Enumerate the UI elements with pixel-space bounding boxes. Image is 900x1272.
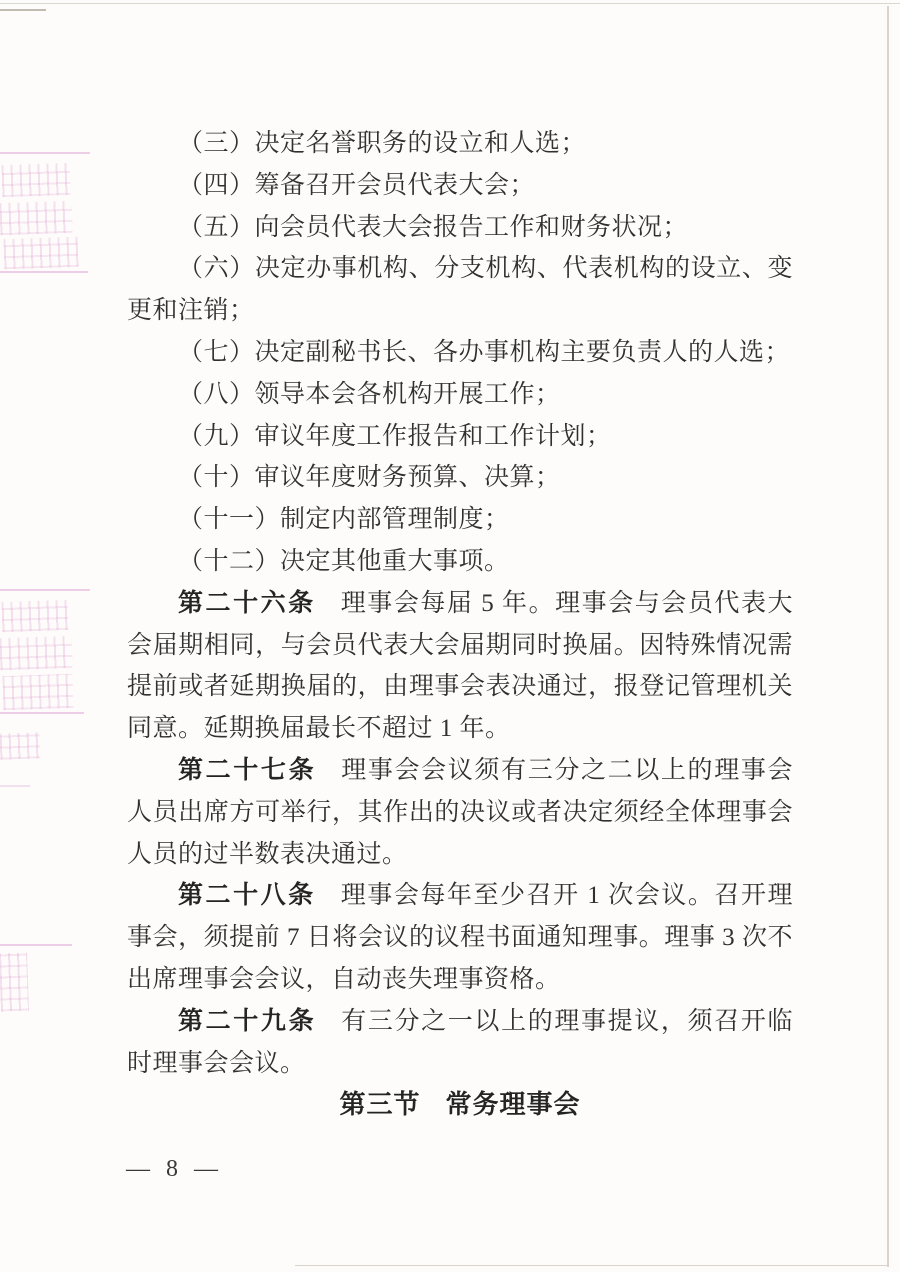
scanned-document-page: （三）决定名誉职务的设立和人选； （四）筹备召开会员代表大会； （五）向会员代表… [0,0,900,1272]
page-edge-right [887,6,889,1267]
clause-item-3: （三）决定名誉职务的设立和人选； [127,123,793,165]
stamp-fragment-top [0,150,95,278]
clause-item-8: （八）领导本会各机构开展工作； [127,374,793,416]
clause-item-9: （九）审议年度工作报告和工作计划； [127,416,793,458]
article-28-number: 第二十八条 [178,881,316,909]
stamp-fragment-middle [0,585,95,793]
section-heading: 第三节常务理事会 [127,1084,793,1126]
article-28: 第二十八条理事会每年至少召开 1 次会议。召开理事会，须提前 7 日将会议的议程… [127,875,793,1000]
page-number: — 8 — [126,1156,223,1183]
stamp-fragment-bottom [0,941,80,1016]
clause-item-10: （十）审议年度财务预算、决算； [127,457,793,499]
article-26-number: 第二十六条 [178,589,316,617]
section-label: 第三节 [339,1090,420,1119]
clause-item-11: （十一）制定内部管理制度； [127,499,793,541]
section-title: 常务理事会 [446,1090,581,1119]
clause-item-12: （十二）决定其他重大事项。 [127,541,793,583]
article-26: 第二十六条理事会每届 5 年。理事会与会员代表大会届期相同，与会员代表大会届期同… [127,583,793,750]
page-edge-top [0,3,900,4]
clause-item-5: （五）向会员代表大会报告工作和财务状况； [127,207,793,249]
page-edge-bottom [295,1265,889,1266]
article-29: 第二十九条有三分之一以上的理事提议，须召开临时理事会会议。 [127,1001,793,1085]
article-29-number: 第二十九条 [178,1007,316,1035]
document-body: （三）决定名誉职务的设立和人选； （四）筹备召开会员代表大会； （五）向会员代表… [127,123,793,1126]
page-edge-top-left [0,9,46,11]
clause-item-6: （六）决定办事机构、分支机构、代表机构的设立、变更和注销； [127,248,793,332]
article-27-number: 第二十七条 [178,756,316,784]
clause-item-7: （七）决定副秘书长、各办事机构主要负责人的人选； [127,332,793,374]
clause-item-4: （四）筹备召开会员代表大会； [127,165,793,207]
article-27: 第二十七条理事会会议须有三分之二以上的理事会人员出席方可举行，其作出的决议或者决… [127,750,793,875]
